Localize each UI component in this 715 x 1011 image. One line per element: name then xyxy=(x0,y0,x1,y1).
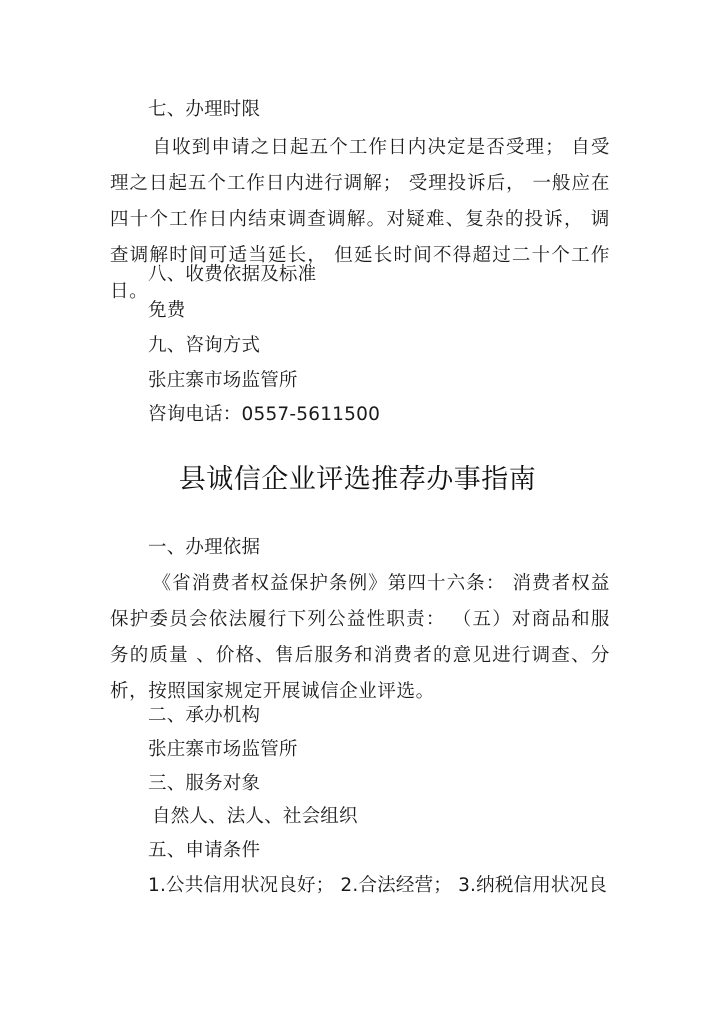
section-heading-contact: 九、咨询方式 xyxy=(148,334,260,358)
guide-heading-audience: 三、服务对象 xyxy=(148,772,260,796)
section-heading-fees: 八、收费依据及标准 xyxy=(148,263,316,287)
guide-heading-conditions: 五、申请条件 xyxy=(148,839,260,863)
section-body-fees: 免费 xyxy=(148,299,185,323)
guide-title: 县诚信企业评选推荐办事指南 xyxy=(0,462,715,498)
guide-heading-agency: 二、承办机构 xyxy=(148,704,260,728)
section-heading-time-limit: 七、办理时限 xyxy=(148,98,260,122)
phone-label: 咨询电话： xyxy=(148,404,242,425)
phone-number: 0557-5611500 xyxy=(242,404,381,425)
paragraph-text: 《省消费者权益保护条例》第四十六条： 消费者权益保护委员会依法履行下列公益性职责… xyxy=(110,573,610,702)
guide-body-basis: 《省消费者权益保护条例》第四十六条： 消费者权益保护委员会依法履行下列公益性职责… xyxy=(110,566,610,710)
contact-phone: 咨询电话：0557-5611500 xyxy=(148,403,380,427)
guide-body-conditions: 1.公共信用状况良好； 2.合法经营； 3.纳税信用状况良 xyxy=(148,874,607,898)
contact-agency: 张庄寨市场监管所 xyxy=(148,369,298,393)
guide-body-agency: 张庄寨市场监管所 xyxy=(148,738,298,762)
guide-heading-basis: 一、办理依据 xyxy=(148,536,260,560)
document-page: 七、办理时限 自收到申请之日起五个工作日内决定是否受理； 自受理之日起五个工作日… xyxy=(0,0,715,1011)
guide-body-audience: 自然人、法人、社会组织 xyxy=(152,805,358,829)
